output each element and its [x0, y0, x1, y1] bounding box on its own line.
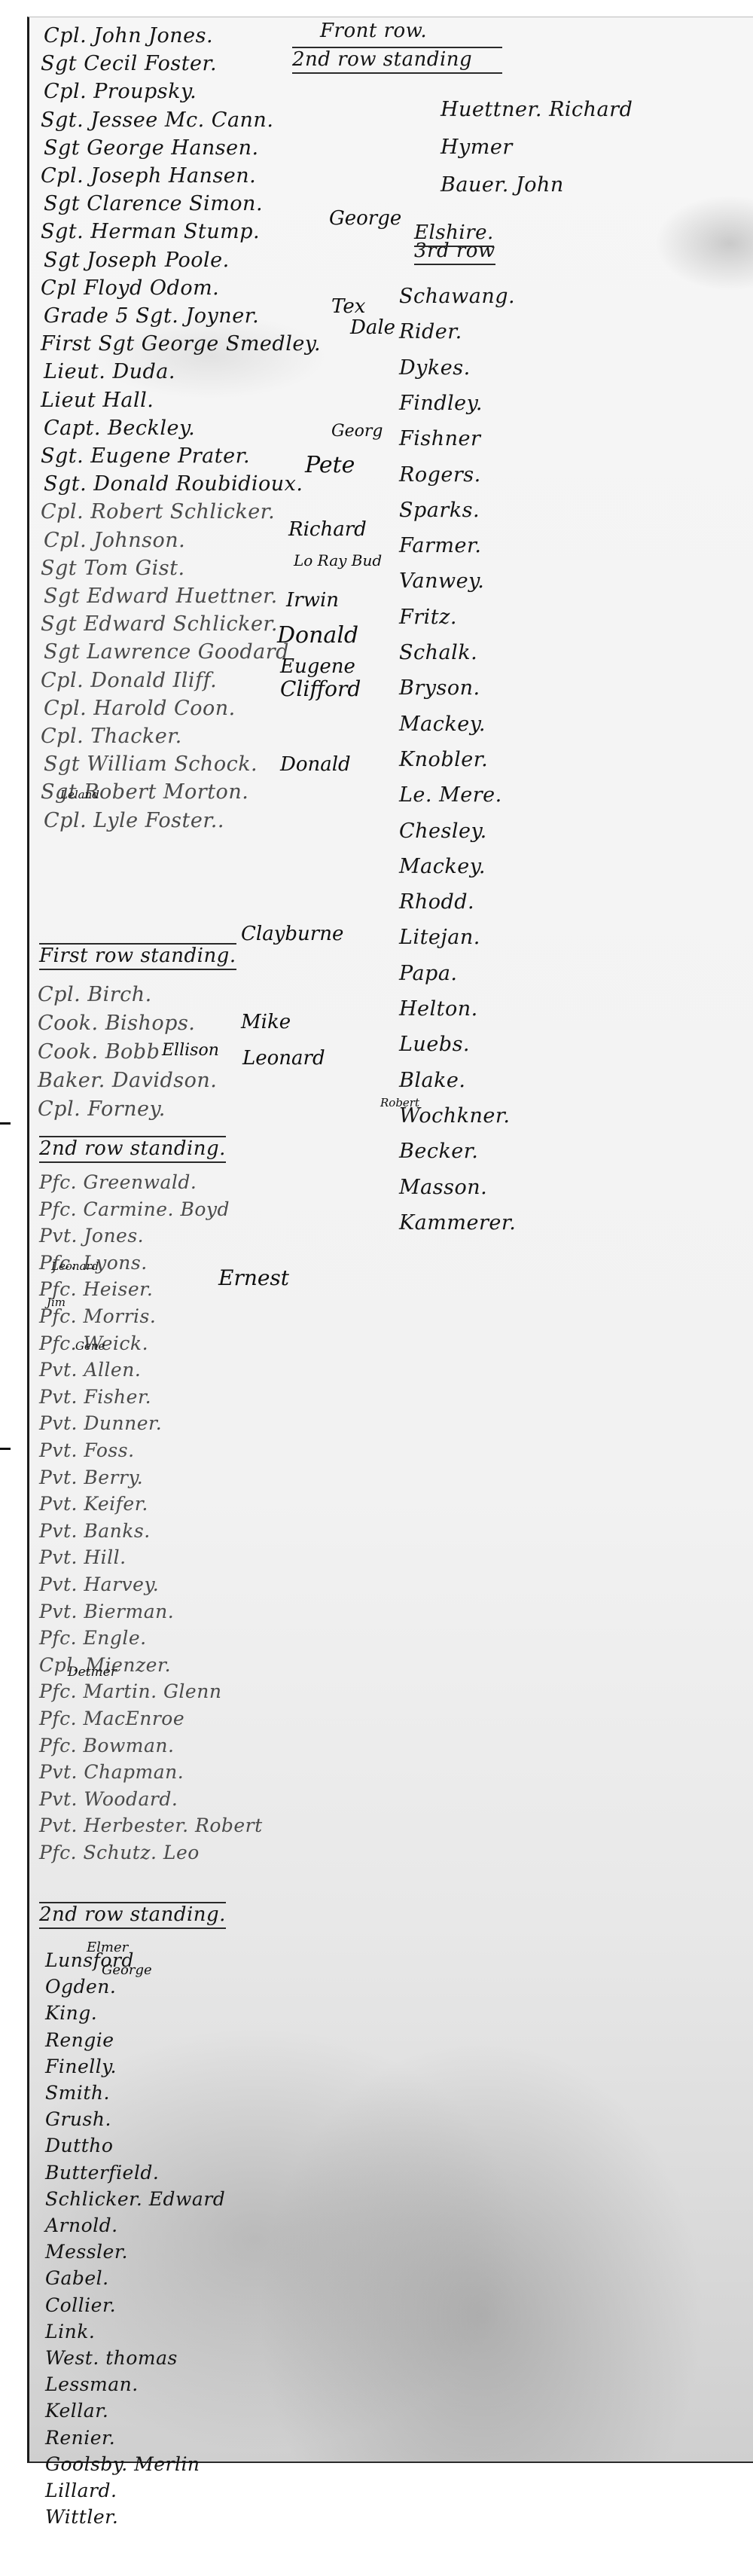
annotation: Clayburne	[241, 923, 343, 945]
roster-entry: Dykes.	[399, 356, 471, 380]
roster-entry: West. thomas	[45, 2347, 178, 2369]
annotation: Ellison	[162, 1041, 219, 1060]
roster-entry: Findley.	[399, 392, 483, 415]
annotation: Donald	[277, 622, 358, 649]
heading-second-row-standing-left: 2nd row standing.	[39, 1136, 226, 1163]
roster-entry: Sgt William Schock.	[44, 752, 258, 776]
roster-entry: Cpl. Donald Iliff.	[41, 669, 217, 692]
roster-entry: Sgt George Hansen.	[44, 136, 259, 160]
annotation: George	[102, 1962, 152, 1978]
roster-entry: Vanwey.	[399, 569, 484, 593]
roster-entry: Cpl. Joseph Hansen.	[41, 164, 256, 188]
roster-entry: Blake.	[399, 1069, 466, 1092]
roster-entry: Litejan.	[399, 926, 480, 949]
annotation: Eugene	[280, 655, 355, 678]
roster-entry: Capt. Beckley.	[44, 417, 195, 440]
roster-entry: Mackey.	[399, 855, 486, 878]
roster-entry: Pfc. Schutz. Leo	[39, 1842, 200, 1863]
roster-entry: Pfc. Martin. Glenn	[39, 1680, 221, 1702]
roster-entry: Cpl. Forney.	[38, 1097, 166, 1121]
roster-entry: Grade 5 Sgt. Joyner.	[44, 304, 259, 328]
roster-entry: Rider.	[399, 320, 462, 343]
roster-entry: Sgt Tom Gist.	[41, 557, 185, 580]
annotation: Gene	[75, 1339, 105, 1353]
roster-entry: Becker.	[399, 1140, 478, 1163]
roster-entry: Cpl. Lyle Foster..	[44, 809, 224, 832]
roster-entry: Le. Mere.	[399, 783, 502, 807]
roster-entry: Schlicker. Edward	[45, 2188, 225, 2210]
roster-entry: Pvt. Woodard.	[39, 1788, 178, 1810]
roster-entry: Baker. Davidson.	[38, 1069, 217, 1092]
roster-entry: Pvt. Fisher.	[39, 1386, 151, 1408]
annotation: Irwin	[286, 589, 339, 612]
roster-entry: Pfc. Bowman.	[39, 1735, 174, 1757]
roster-entry: Renier.	[45, 2427, 115, 2449]
roster-entry: Cpl. John Jones.	[44, 24, 213, 47]
roster-entry: Goolsby. Merlin	[45, 2453, 200, 2475]
roster-entry: Messler.	[45, 2241, 128, 2263]
heading-front-row: Front row.	[320, 20, 427, 42]
roster-entry: Lieut. Duda.	[44, 360, 175, 383]
roster-entry: Cpl. Thacker.	[41, 725, 182, 748]
roster-entry: Pvt. Foss.	[39, 1439, 135, 1461]
margin-mark	[0, 1448, 11, 1450]
roster-entry: Ogden.	[45, 1976, 116, 1998]
roster-entry: Pvt. Hill.	[39, 1546, 127, 1568]
annotation: Dale	[350, 316, 395, 339]
roster-entry: Fritz.	[399, 606, 457, 629]
roster-entry: Cpl Floyd Odom.	[41, 276, 219, 300]
roster-entry: Smith.	[45, 2082, 110, 2104]
roster-entry: Lessman.	[45, 2373, 139, 2395]
roster-entry: Pvt. Allen.	[39, 1359, 141, 1381]
heading-second-row-standing: 2nd row standing	[292, 47, 502, 74]
roster-entry: Luebs.	[399, 1033, 470, 1056]
roster-entry: Fishner	[399, 427, 480, 450]
annotation: Elmer	[87, 1940, 128, 1955]
roster-entry: Elshire.	[414, 221, 494, 247]
annotation: Donald	[280, 753, 351, 776]
roster-entry: Huettner. Richard	[441, 98, 633, 121]
annotation: Leonard	[51, 1259, 99, 1273]
roster-entry: King.	[45, 2002, 97, 2024]
roster-entry: Sgt. Herman Stump.	[41, 220, 260, 243]
margin-mark	[0, 1122, 11, 1125]
roster-entry: Pvt. Bierman.	[39, 1601, 174, 1622]
roster-entry: Pfc. MacEnroe	[39, 1708, 184, 1729]
roster-entry: Sgt. Donald Roubidioux.	[44, 472, 303, 496]
roster-entry: Rengie	[45, 2029, 114, 2051]
roster-entry: Pvt. Chapman.	[39, 1761, 184, 1783]
roster-entry: Knobler.	[399, 748, 488, 771]
roster-entry: Masson.	[399, 1176, 487, 1199]
roster-entry: Lillard.	[45, 2480, 117, 2501]
roster-entry: Wittler.	[45, 2506, 118, 2528]
roster-entry: Lieut Hall.	[41, 389, 154, 412]
roster-entry: Pvt. Berry.	[39, 1467, 143, 1488]
roster-entry: Gabel.	[45, 2267, 109, 2289]
roster-entry: Cook. Bobb	[38, 1040, 160, 1064]
annotation: George	[329, 207, 401, 230]
annotation: Clifford	[280, 676, 361, 701]
roster-entry: Pfc. Carmine. Boyd	[39, 1198, 230, 1220]
roster-entry: Pvt. Herbester. Robert	[39, 1814, 263, 1836]
roster-entry: Rhodd.	[399, 890, 474, 914]
roster-entry: Pvt. Jones.	[39, 1225, 144, 1247]
roster-entry: Pfc. Engle.	[39, 1627, 147, 1649]
roster-entry: Farmer.	[399, 534, 482, 557]
roster-entry: Cpl. Johnson.	[44, 529, 185, 552]
annotation: Richard	[288, 518, 367, 541]
roster-entry: Hymer	[441, 136, 513, 159]
roster-entry: Sgt Cecil Foster.	[41, 52, 217, 75]
roster-entry: First Sgt George Smedley.	[41, 332, 321, 356]
roster-entry: Sgt. Eugene Prater.	[41, 444, 250, 468]
annotation: Jim	[47, 1296, 66, 1309]
roster-entry: Duttho	[45, 2135, 113, 2156]
roster-entry: Sgt. Jessee Mc. Cann.	[41, 108, 273, 132]
annotation: Leonard	[242, 1047, 325, 1070]
roster-entry: Pfc. Greenwald.	[39, 1171, 197, 1193]
roster-entry: Arnold.	[45, 2214, 118, 2236]
annotation: Mike	[241, 1011, 291, 1033]
roster-entry: Pvt. Dunner.	[39, 1412, 162, 1434]
roster-entry: Cook. Bishops.	[38, 1012, 195, 1035]
roster-entry: Bryson.	[399, 676, 480, 700]
annotation: Georg	[331, 422, 383, 441]
roster-entry: Schalk.	[399, 641, 477, 664]
annotation: Lo Ray Bud	[294, 551, 382, 569]
roster-entry: Sgt Lawrence Goodard	[44, 640, 289, 664]
roster-entry: Cpl. Birch.	[38, 983, 152, 1006]
roster-entry: Grush.	[45, 2108, 111, 2130]
roster-entry: Schawang.	[399, 285, 515, 308]
roster-entry: Butterfield.	[45, 2162, 159, 2184]
roster-entry: Sgt Edward Huettner.	[44, 584, 278, 608]
roster-entry: Cpl. Harold Coon.	[44, 697, 236, 720]
roster-entry: Kellar.	[45, 2400, 108, 2422]
roster-entry: Pvt. Harvey.	[39, 1573, 159, 1595]
annotation: Detmer	[68, 1665, 117, 1680]
roster-entry: Sgt Edward Schlicker.	[41, 612, 278, 636]
roster-entry: Sgt Clarence Simon.	[44, 192, 263, 215]
roster-entry: Papa.	[399, 962, 458, 985]
annotation: Robert	[380, 1096, 419, 1109]
roster-entry: Link.	[45, 2321, 95, 2343]
roster-entry: Bauer. John	[441, 173, 564, 197]
roster-entry: Pvt. Keifer.	[39, 1493, 148, 1515]
heading-first-row-standing: First row standing.	[39, 943, 236, 970]
heading-second-row-standing-left-2: 2nd row standing.	[39, 1902, 226, 1929]
roster-entry: Collier.	[45, 2294, 116, 2316]
roster-entry: Finelly.	[45, 2056, 117, 2077]
annotation: Ernest	[218, 1265, 289, 1290]
roster-entry: Cpl. Robert Schlicker.	[41, 500, 275, 523]
annotation: Leland	[60, 788, 99, 801]
roster-entry: Sgt Joseph Poole.	[44, 249, 230, 272]
roster-entry: Chesley.	[399, 819, 487, 843]
roster-entry: Pvt. Banks.	[39, 1520, 151, 1542]
roster-entry: Mackey.	[399, 713, 486, 736]
roster-entry: Helton.	[399, 997, 478, 1021]
roster-entry: Cpl. Proupsky.	[44, 80, 197, 103]
annotation: Tex	[331, 295, 365, 318]
roster-entry: Kammerer.	[399, 1211, 516, 1235]
annotation: Pete	[305, 452, 355, 478]
roster-entry: Sparks.	[399, 499, 480, 522]
roster-entry: Rogers.	[399, 463, 481, 487]
